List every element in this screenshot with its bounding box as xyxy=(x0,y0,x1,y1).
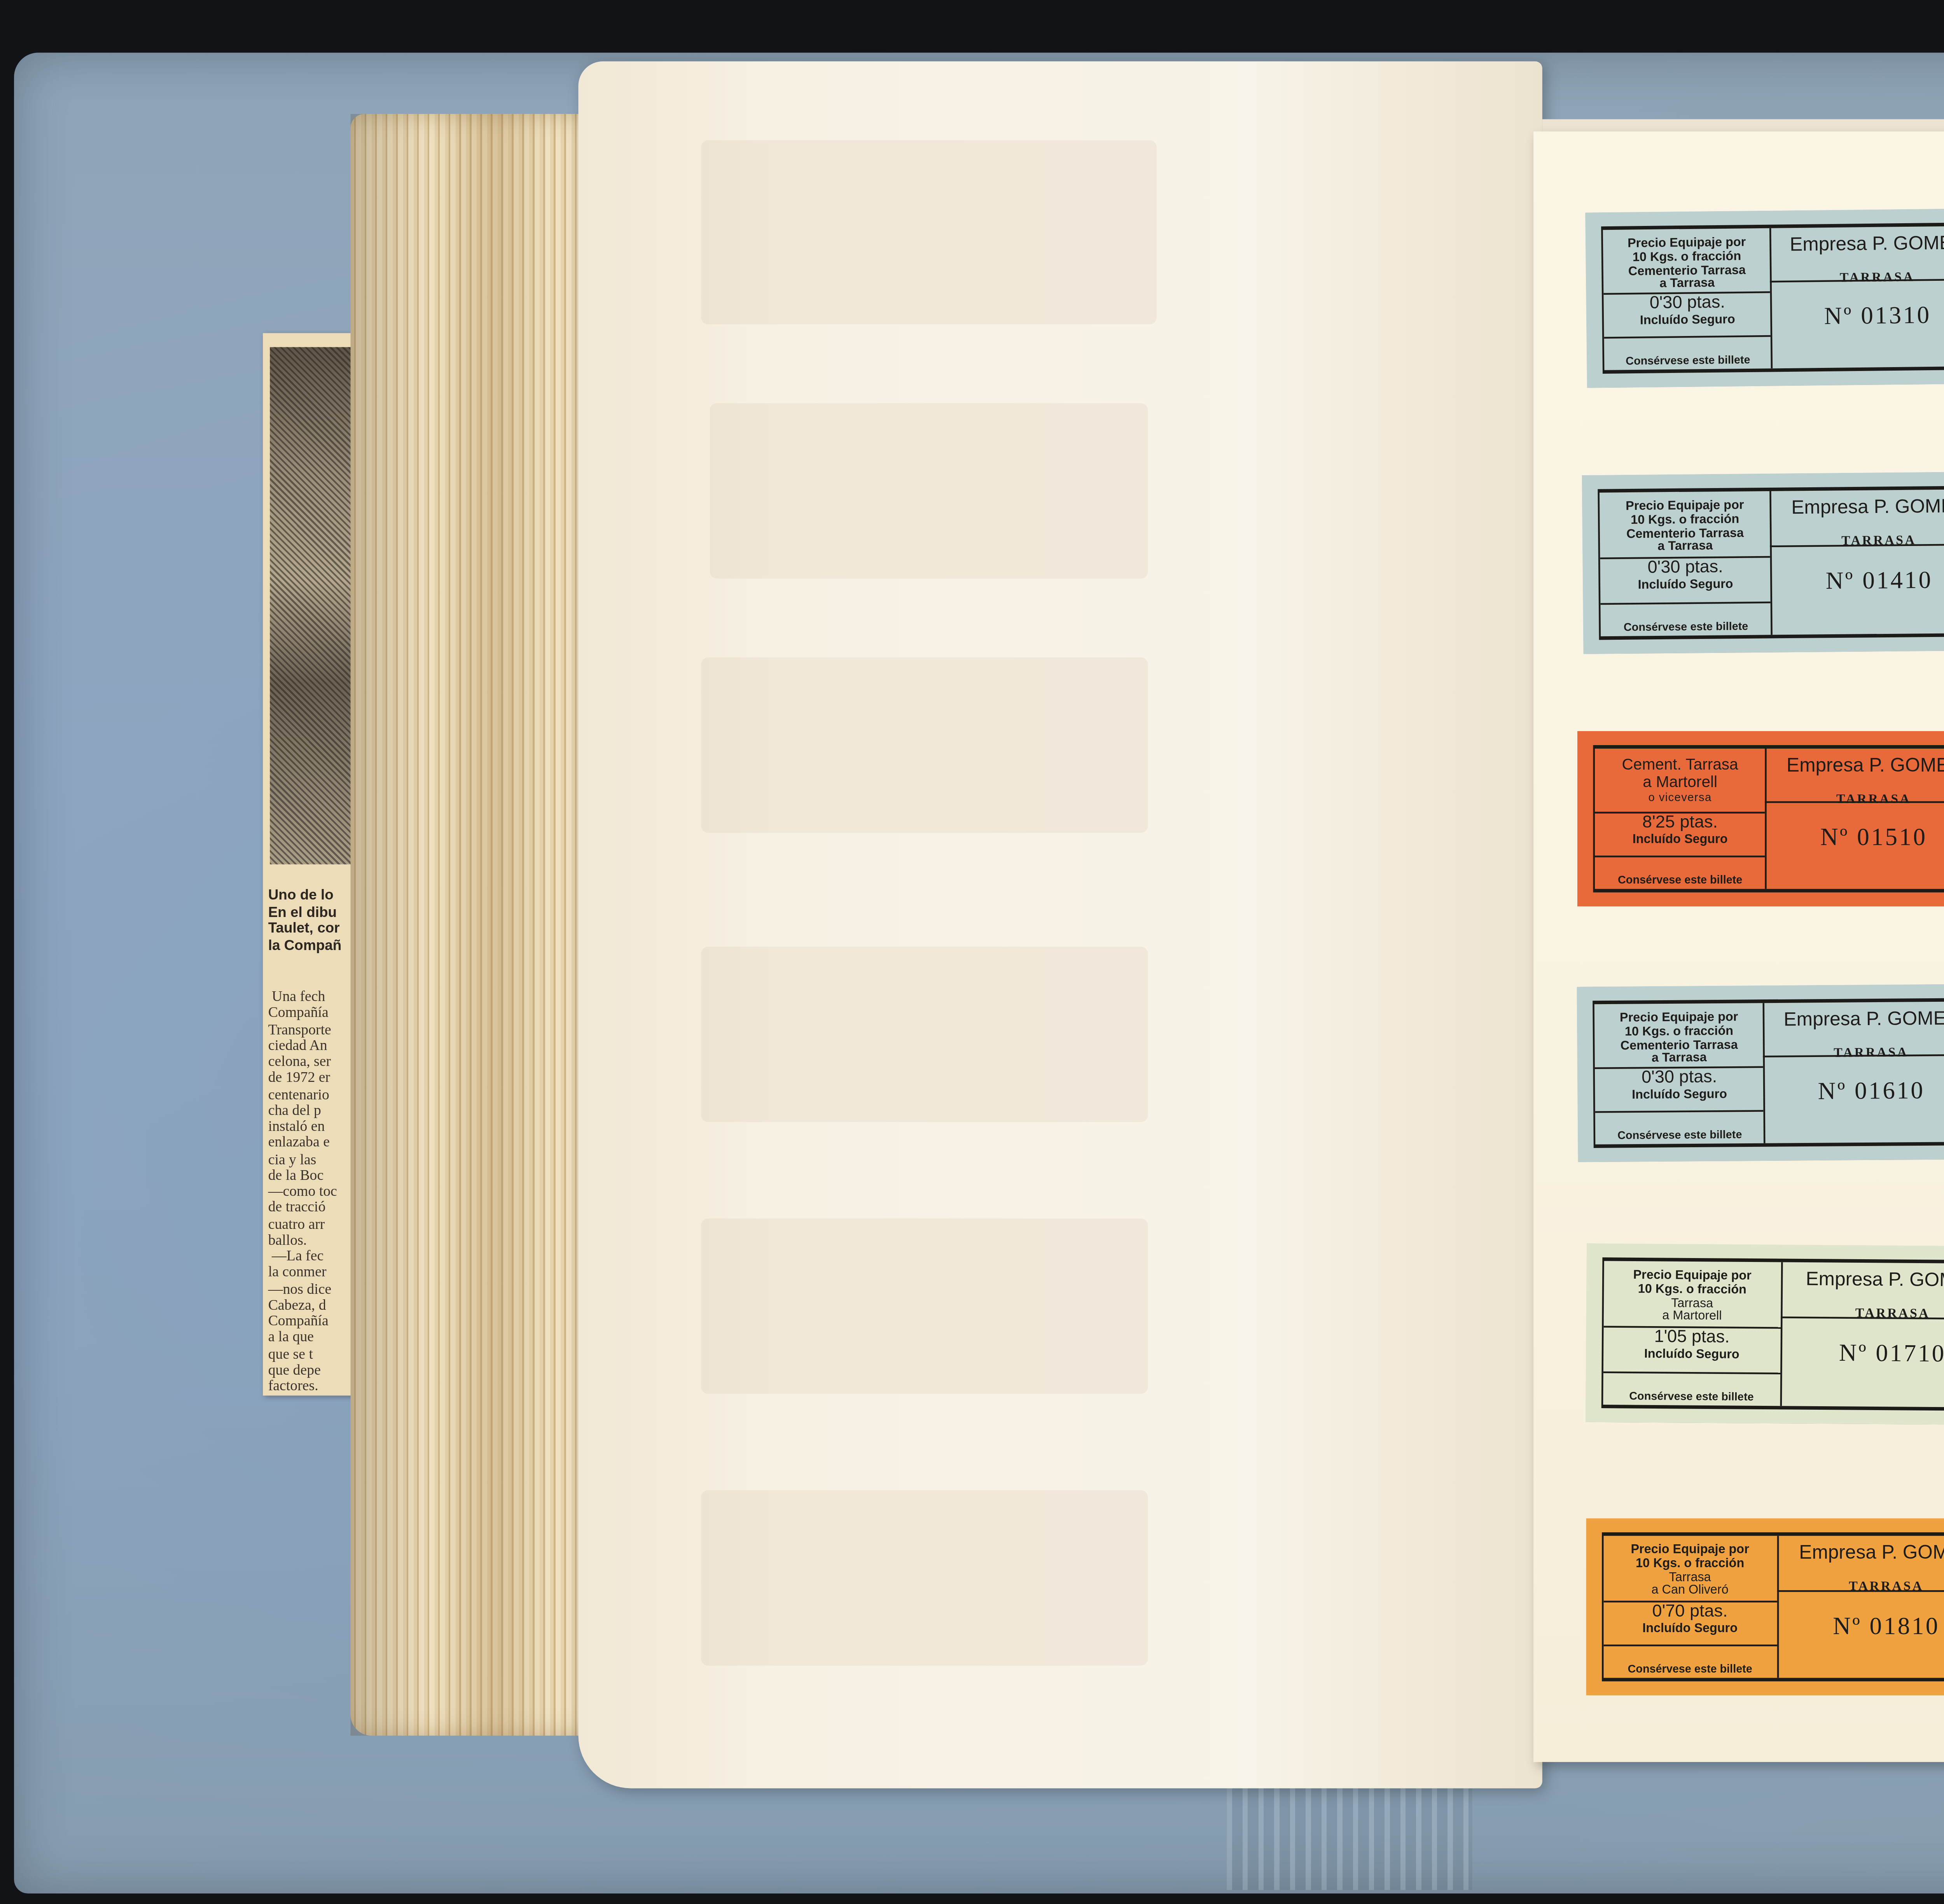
ticket-01410: Precio Equipaje por 10 Kgs. o fracción C… xyxy=(1582,472,1944,654)
ticket-price: 0'30 ptas. xyxy=(1603,293,1771,314)
company-city: TARRASA xyxy=(1771,268,1944,286)
ticket-price: 1'05 ptas. xyxy=(1603,1328,1780,1348)
ticket-description: Precio Equipaje por 10 Kgs. o fracción T… xyxy=(1604,1539,1776,1602)
route-line-2: a Tarrasa xyxy=(1600,539,1771,554)
keep-ticket-note: Consérvese este billete xyxy=(1603,1391,1780,1404)
ticket-01710: Precio Equipaje por 10 Kgs. o fracción T… xyxy=(1586,1243,1944,1425)
ticket-01510: Cement. Tarrasa a Martorell o viceversa … xyxy=(1577,731,1944,906)
clipping-body-text: Una fech Compañía Transporte ciedad An c… xyxy=(268,989,365,1395)
ticket-01610: Precio Equipaje por 10 Kgs. o fracción C… xyxy=(1577,984,1944,1162)
show-through-ghost xyxy=(701,140,1157,324)
company-name: Empresa P. GOMEZ xyxy=(1780,1269,1944,1292)
ticket-frame: Precio Equipaje por 10 Kgs. o fracción C… xyxy=(1593,998,1944,1148)
company-name: Empresa P. GOMEZ xyxy=(1770,233,1944,256)
insurance-note: Incluído Seguro xyxy=(1604,1621,1776,1635)
ticket-serial-number: Nº 01810 xyxy=(1776,1614,1944,1642)
ticket-frame: Cement. Tarrasa a Martorell o viceversa … xyxy=(1593,745,1944,892)
ticket-serial-number: Nº 01410 xyxy=(1771,568,1944,598)
route-line-2: a Tarrasa xyxy=(1603,276,1771,292)
ticket-right-panel: Empresa P. GOMEZ TARRASA Nº 01410 xyxy=(1770,489,1944,635)
insurance-note: Incluído Seguro xyxy=(1604,313,1771,329)
divider xyxy=(1776,1590,1944,1592)
ticket-left-panel: Cement. Tarrasa a Martorell o viceversa … xyxy=(1595,749,1767,889)
album-photo: Uno de lo En el dibu Taulet, cor la Comp… xyxy=(0,0,1944,1904)
divider xyxy=(1765,802,1944,804)
show-through-ghost xyxy=(710,403,1148,579)
ticket-left-panel: Precio Equipaje por 10 Kgs. o fracción T… xyxy=(1604,1536,1778,1678)
ticket-price: 0'30 ptas. xyxy=(1595,1068,1764,1089)
ticket-right-panel: Empresa P. GOMEZ TARRASA Nº 01610 xyxy=(1763,1001,1944,1143)
left-blank-page xyxy=(579,61,1542,1788)
price-box: 1'05 ptas. Incluído Seguro xyxy=(1603,1324,1780,1374)
price-box: 8'25 ptas. Incluído Seguro xyxy=(1595,810,1765,858)
ticket-price: 8'25 ptas. xyxy=(1595,814,1765,833)
price-box: 0'30 ptas. Incluído Seguro xyxy=(1595,1065,1764,1114)
ticket-right-panel: Empresa P. GOMEZ TARRASA Nº 01510 xyxy=(1765,749,1944,889)
ticket-frame: Precio Equipaje por 10 Kgs. o fracción C… xyxy=(1598,486,1944,640)
insurance-note: Incluído Seguro xyxy=(1600,577,1771,593)
keep-ticket-note: Consérvese este billete xyxy=(1595,1129,1764,1143)
ticket-right-panel: Empresa P. GOMEZ TARRASA Nº 01810 xyxy=(1776,1536,1944,1678)
route-line-2: a Martorell xyxy=(1604,1309,1780,1324)
company-city: TARRASA xyxy=(1765,791,1944,807)
keep-ticket-note: Consérvese este billete xyxy=(1595,875,1765,887)
ticket-frame: Precio Equipaje por 10 Kgs. o fracción T… xyxy=(1601,1257,1944,1411)
ticket-price: 0'30 ptas. xyxy=(1600,558,1771,578)
ticket-serial-number: Nº 01510 xyxy=(1765,826,1944,854)
ticket-01310: Precio Equipaje por 10 Kgs. o fracción C… xyxy=(1585,208,1944,388)
ticket-description: Precio Equipaje por 10 Kgs. o fracción T… xyxy=(1604,1264,1781,1329)
keep-ticket-note: Consérvese este billete xyxy=(1604,354,1772,368)
baggage-line-2: 10 Kgs. o fracción xyxy=(1638,1280,1746,1297)
company-name: Empresa P. GOMEZ xyxy=(1776,1543,1944,1564)
ticket-left-panel: Precio Equipaje por 10 Kgs. o fracción C… xyxy=(1594,1003,1766,1144)
ticket-description: Precio Equipaje por 10 Kgs. o fracción C… xyxy=(1600,495,1771,559)
price-box: 0'30 ptas. Incluído Seguro xyxy=(1603,290,1771,339)
route-via: o viceversa xyxy=(1595,791,1765,808)
baggage-line-2: 10 Kgs. o fracción xyxy=(1636,1555,1744,1571)
ticket-frame: Precio Equipaje por 10 Kgs. o fracción T… xyxy=(1602,1532,1944,1681)
ticket-description: Precio Equipaje por 10 Kgs. o fracción C… xyxy=(1603,232,1771,295)
ticket-01810: Precio Equipaje por 10 Kgs. o fracción T… xyxy=(1586,1518,1944,1695)
ticket-left-panel: Precio Equipaje por 10 Kgs. o fracción T… xyxy=(1603,1261,1782,1406)
route-line-2: a Martorell xyxy=(1595,773,1765,791)
ticket-price: 0'70 ptas. xyxy=(1604,1602,1776,1621)
route-line-1: Cement. Tarrasa xyxy=(1595,756,1765,773)
show-through-ghost xyxy=(701,1490,1148,1666)
ticket-right-panel: Empresa P. GOMEZ TARRASA Nº 01310 xyxy=(1770,226,1944,368)
page-stack-shading xyxy=(351,114,614,1736)
ticket-right-panel: Empresa P. GOMEZ TARRASA Nº 01710 xyxy=(1780,1262,1944,1408)
clipping-caption: Uno de lo En el dibu Taulet, cor la Comp… xyxy=(268,887,365,954)
price-box: 0'30 ptas. Incluído Seguro xyxy=(1600,554,1771,604)
company-name: Empresa P. GOMEZ xyxy=(1770,496,1944,519)
baggage-line-2: 10 Kgs. o fracción xyxy=(1625,1022,1733,1039)
keep-ticket-note: Consérvese este billete xyxy=(1604,1664,1776,1676)
insurance-note: Incluído Seguro xyxy=(1595,833,1765,847)
insurance-note: Incluído Seguro xyxy=(1603,1347,1780,1362)
route-line-2: a Can Oliveró xyxy=(1604,1584,1776,1598)
company-city: TARRASA xyxy=(1764,1043,1944,1060)
price-box: 0'70 ptas. Incluído Seguro xyxy=(1604,1598,1776,1647)
route-line-2: a Tarrasa xyxy=(1595,1051,1764,1066)
ticket-description: Cement. Tarrasa a Martorell o viceversa xyxy=(1595,752,1765,814)
keep-ticket-note: Consérvese este billete xyxy=(1601,621,1771,634)
ticket-description: Precio Equipaje por 10 Kgs. o fracción C… xyxy=(1594,1006,1764,1069)
ticket-left-panel: Precio Equipaje por 10 Kgs. o fracción C… xyxy=(1603,228,1774,370)
ticket-left-panel: Precio Equipaje por 10 Kgs. o fracción C… xyxy=(1600,491,1773,637)
company-name: Empresa P. GOMEZ xyxy=(1765,756,1944,777)
company-name: Empresa P. GOMEZ xyxy=(1763,1008,1944,1031)
ticket-frame: Precio Equipaje por 10 Kgs. o fracción C… xyxy=(1601,222,1944,374)
ticket-serial-number: Nº 01610 xyxy=(1764,1079,1944,1108)
show-through-ghost xyxy=(701,658,1148,833)
show-through-ghost xyxy=(701,947,1148,1122)
insurance-note: Incluído Seguro xyxy=(1595,1087,1764,1102)
newspaper-clipping: Uno de lo En el dibu Taulet, cor la Comp… xyxy=(263,333,364,1396)
ticket-serial-number: Nº 01310 xyxy=(1771,303,1944,333)
ticket-serial-number: Nº 01710 xyxy=(1780,1341,1944,1371)
show-through-ghost xyxy=(701,1218,1148,1394)
